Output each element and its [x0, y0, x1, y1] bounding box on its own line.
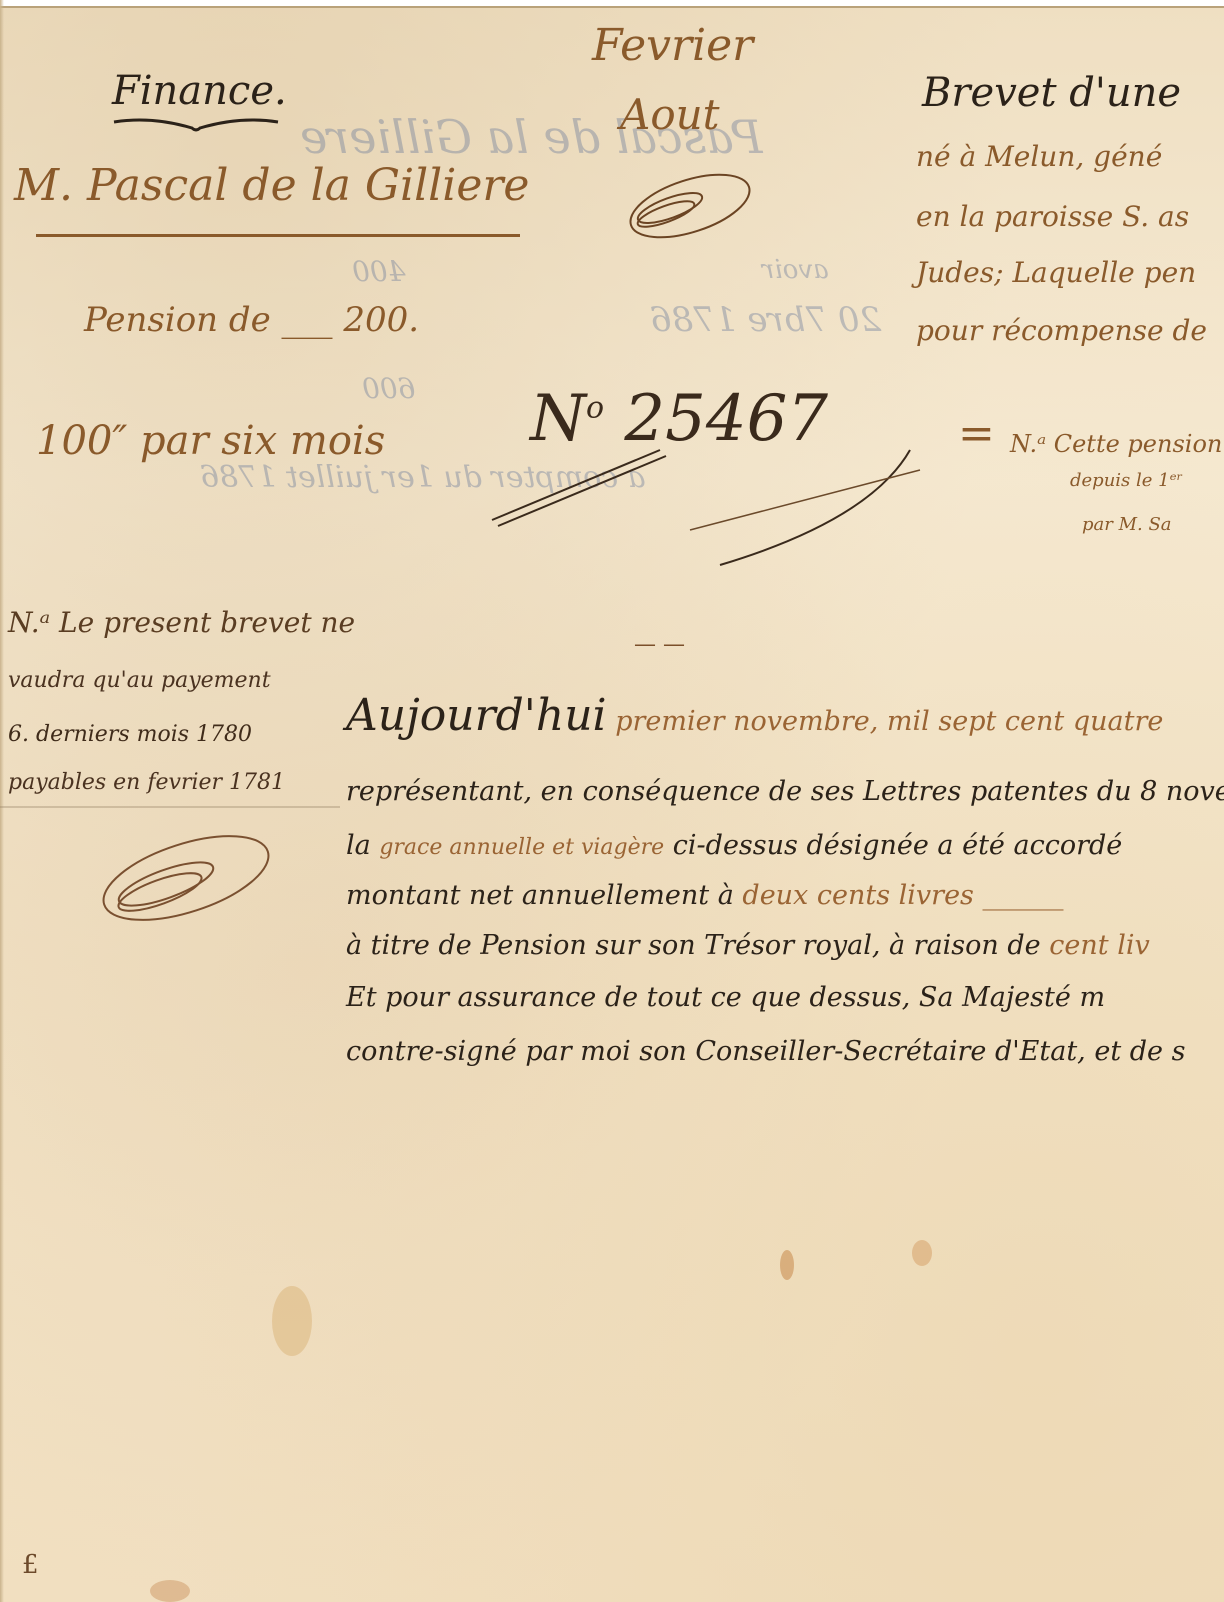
body-line-6: Et pour assurance de tout ce que dessus,…: [346, 982, 1105, 1013]
body-line-4: montant net annuellement à deux cents li…: [346, 880, 1064, 911]
month-fevrier: Fevrier: [592, 20, 753, 71]
number-flourish-icon: [490, 440, 950, 570]
margin-note-right-line: depuis le 1ᵉʳ: [1070, 470, 1183, 491]
title-line: pour récompense de: [916, 314, 1207, 347]
margin-note-left-line: payables en fevrier 1781: [8, 770, 285, 795]
foxing-stain: [272, 1286, 312, 1356]
paper-top-edge: [0, 0, 1224, 8]
paper-left-edge: [0, 0, 4, 1602]
printed-prefix: la: [346, 830, 371, 861]
bleedthrough-600: 600: [362, 372, 415, 405]
title-line: né à Melun, géné: [916, 140, 1162, 173]
printed-text: montant net annuellement à: [346, 880, 734, 911]
margin-note-left-line: N.ᵃ Le present brevet ne: [8, 606, 355, 639]
margin-note-right-line: par M. Sa: [1082, 514, 1172, 535]
section-heading: Finance.: [112, 68, 287, 114]
filled-rate: cent liv: [1049, 930, 1149, 961]
corner-mark: £: [22, 1550, 39, 1580]
margin-note-left-line: vaudra qu'au payement: [8, 668, 271, 693]
printed-text: à titre de Pension sur son Trésor royal,…: [346, 930, 1041, 961]
filled-amount: deux cents livres: [742, 880, 974, 911]
pension-amount-line: Pension de ___ 200.: [84, 300, 419, 340]
filled-date: premier novembre, mil sept cent quatre: [615, 706, 1163, 737]
margin-note-left-line: 6. derniers mois 1780: [8, 722, 252, 747]
title-line: Judes; Laquelle pen: [916, 256, 1196, 289]
body-line-1: Aujourd'hui premier novembre, mil sept c…: [346, 690, 1163, 741]
ink-marks: — —: [634, 632, 685, 657]
body-opening: Aujourd'hui: [346, 690, 607, 741]
foxing-stain: [780, 1250, 794, 1280]
trailing-rule: ______: [983, 880, 1064, 911]
heading-flourish-icon: [112, 118, 280, 138]
paraph-signature-icon: [86, 830, 276, 930]
foxing-stain: [150, 1580, 190, 1602]
filled-grace: grace annuelle et viagère: [379, 835, 664, 860]
month-aout: Aout: [620, 90, 720, 139]
bleedthrough-400: 400: [352, 255, 405, 288]
body-line-2: représentant, en conséquence de ses Lett…: [346, 776, 1224, 807]
number-sup: o: [586, 391, 604, 426]
body-line-3: la grace annuelle et viagère ci-dessus d…: [346, 830, 1122, 861]
body-line-5: à titre de Pension sur son Trésor royal,…: [346, 930, 1150, 961]
paraph-signature-icon: [620, 170, 760, 250]
title-line: en la paroisse S. as: [916, 200, 1189, 233]
margin-note-right-line: N.ᵃ Cette pension: [1010, 430, 1222, 458]
paper-fold-crease: [0, 806, 340, 808]
printed-text: ci-dessus désignée a été accordé: [673, 830, 1122, 861]
document-page: Pascal de la Gilliere 400 600 avoir 20 7…: [0, 0, 1224, 1602]
per-six-months: 100″ par six mois: [36, 418, 385, 464]
body-line-7: contre-signé par moi son Conseiller-Secr…: [346, 1036, 1185, 1067]
equals-mark: =: [958, 408, 995, 459]
bleedthrough-date: 20 7bre 1786: [650, 300, 881, 340]
foxing-stain: [912, 1240, 932, 1266]
beneficiary-name: M. Pascal de la Gilliere: [14, 160, 529, 211]
brevet-title: Brevet d'une: [922, 70, 1181, 116]
name-underline: [36, 234, 520, 237]
bleedthrough-avoir: avoir: [762, 255, 829, 285]
